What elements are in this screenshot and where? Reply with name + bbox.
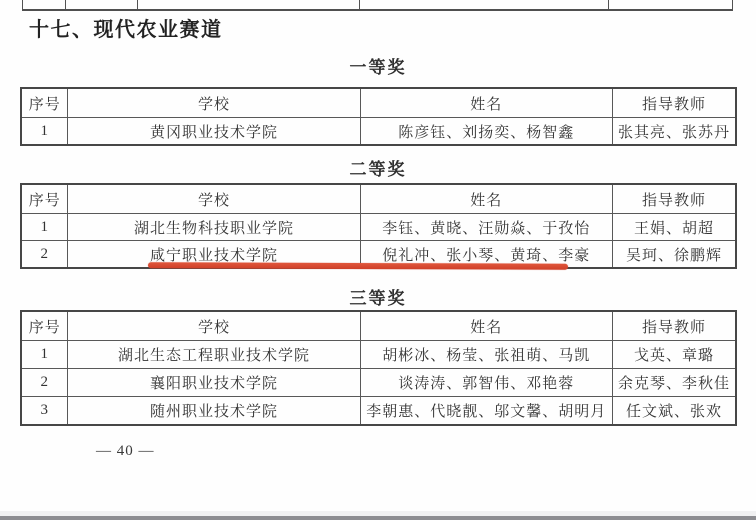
table-row: 2 襄阳职业技术学院 谈涛涛、郭智伟、邓艳蓉 余克琴、李秋佳 <box>21 369 736 397</box>
award-heading-third-prize: 三等奖 <box>0 284 756 309</box>
cell-advisors: 戈英、章璐 <box>612 341 736 369</box>
section-title: 十七、现代农业赛道 <box>29 13 223 42</box>
page-bottom-edge <box>0 511 756 520</box>
cell-advisors: 任文斌、张欢 <box>612 397 736 426</box>
cell-school: 湖北生物科技职业学院 <box>68 214 360 241</box>
col-header-school: 学校 <box>68 311 360 341</box>
cell-names: 李钰、黄晓、汪勋焱、于孜怡 <box>360 214 612 241</box>
remnant-divider <box>359 0 360 9</box>
remnant-divider <box>137 0 138 9</box>
col-header-advisors: 指导教师 <box>612 184 736 214</box>
cell-index: 1 <box>21 214 68 241</box>
col-header-index: 序号 <box>21 184 68 214</box>
cell-index: 1 <box>21 118 68 146</box>
col-header-index: 序号 <box>21 311 68 341</box>
table-header-row: 序号 学校 姓名 指导教师 <box>21 311 736 341</box>
col-header-advisors: 指导教师 <box>612 311 736 341</box>
table-row: 1 湖北生态工程职业技术学院 胡彬冰、杨莹、张祖萌、马凯 戈英、章璐 <box>21 341 736 369</box>
cell-index: 1 <box>21 341 68 369</box>
cell-names: 陈彦钰、刘扬奕、杨智鑫 <box>360 118 612 146</box>
cell-school: 随州职业技术学院 <box>68 397 360 426</box>
cell-advisors: 吴珂、徐鹏辉 <box>612 241 736 269</box>
col-header-advisors: 指导教师 <box>612 88 736 118</box>
second-prize-table: 序号 学校 姓名 指导教师 1 湖北生物科技职业学院 李钰、黄晓、汪勋焱、于孜怡… <box>20 183 737 269</box>
table-header-row: 序号 学校 姓名 指导教师 <box>21 88 736 118</box>
third-prize-table: 序号 学校 姓名 指导教师 1 湖北生态工程职业技术学院 胡彬冰、杨莹、张祖萌、… <box>20 310 737 426</box>
cell-index: 2 <box>21 241 68 269</box>
page-number: — 40 — <box>96 443 155 460</box>
cell-names: 谈涛涛、郭智伟、邓艳蓉 <box>360 369 612 397</box>
cell-school: 黄冈职业技术学院 <box>68 118 360 146</box>
cell-school: 湖北生态工程职业技术学院 <box>68 341 360 369</box>
col-header-names: 姓名 <box>360 311 612 341</box>
remnant-divider <box>65 0 66 9</box>
table-row: 1 黄冈职业技术学院 陈彦钰、刘扬奕、杨智鑫 张其亮、张苏丹 <box>21 118 736 146</box>
cell-school: 襄阳职业技术学院 <box>68 369 360 397</box>
cell-advisors: 余克琴、李秋佳 <box>612 369 736 397</box>
cell-index: 3 <box>21 397 68 426</box>
remnant-divider <box>732 0 733 9</box>
cell-advisors: 张其亮、张苏丹 <box>612 118 736 146</box>
col-header-names: 姓名 <box>360 184 612 214</box>
col-header-school: 学校 <box>68 88 360 118</box>
table-row: 1 湖北生物科技职业学院 李钰、黄晓、汪勋焱、于孜怡 王娟、胡超 <box>21 214 736 241</box>
table-row: 3 随州职业技术学院 李朝惠、代晓靓、邬文馨、胡明月 任文斌、张欢 <box>21 397 736 426</box>
award-heading-second-prize: 二等奖 <box>0 155 756 180</box>
first-prize-table: 序号 学校 姓名 指导教师 1 黄冈职业技术学院 陈彦钰、刘扬奕、杨智鑫 张其亮… <box>20 87 737 146</box>
previous-table-remnant <box>22 0 733 11</box>
document-page: 十七、现代农业赛道 一等奖 序号 学校 姓名 指导教师 1 黄冈职业技术学院 陈… <box>0 0 756 520</box>
col-header-school: 学校 <box>68 184 360 214</box>
cell-advisors: 王娟、胡超 <box>612 214 736 241</box>
col-header-names: 姓名 <box>360 88 612 118</box>
cell-names: 胡彬冰、杨莹、张祖萌、马凯 <box>360 341 612 369</box>
bottom-edge-dark-band <box>0 516 756 520</box>
remnant-divider <box>22 0 23 9</box>
table-header-row: 序号 学校 姓名 指导教师 <box>21 184 736 214</box>
cell-names: 李朝惠、代晓靓、邬文馨、胡明月 <box>360 397 612 426</box>
award-heading-first-prize: 一等奖 <box>0 53 756 78</box>
remnant-divider <box>608 0 609 9</box>
cell-index: 2 <box>21 369 68 397</box>
col-header-index: 序号 <box>21 88 68 118</box>
